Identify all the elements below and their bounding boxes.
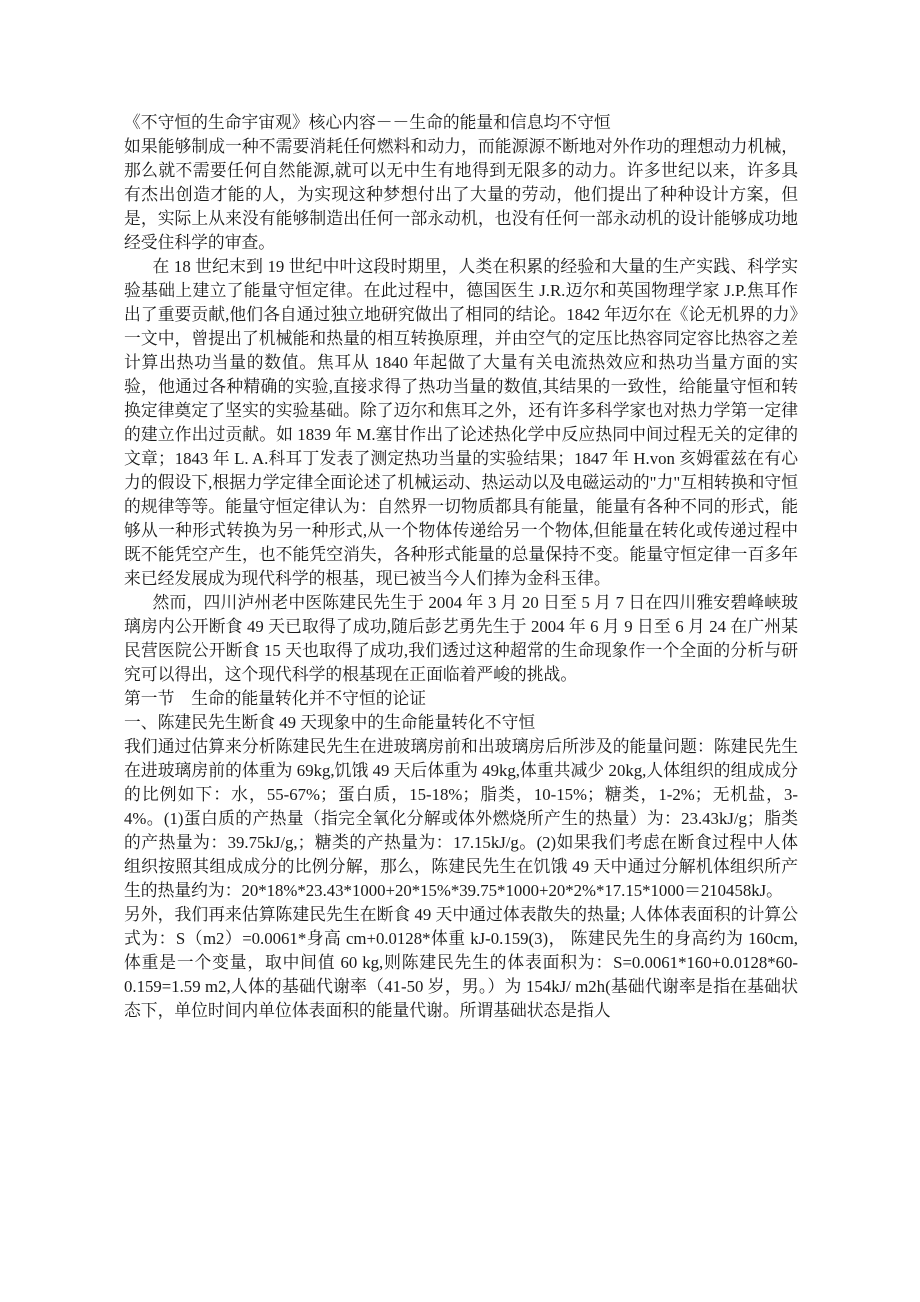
document-title: 《不守恒的生命宇宙观》核心内容－－生命的能量和信息均不守恒: [124, 111, 798, 135]
paragraph-surface-heat-loss: 另外，我们再来估算陈建民先生在断食 49 天中通过体表散失的热量; 人体体表面积…: [124, 903, 798, 1023]
paragraph-energy-conservation-history: 在 18 世纪末到 19 世纪中叶这段时期里，人类在积累的经验和大量的生产实践、…: [124, 255, 798, 591]
subsection-heading: 一、陈建民先生断食 49 天现象中的生命能量转化不守恒: [124, 711, 798, 735]
paragraph-energy-estimate: 我们通过估算来分析陈建民先生在进玻璃房前和出玻璃房后所涉及的能量问题：陈建民先生…: [124, 735, 798, 903]
paragraph-fasting-challenge: 然而，四川泸州老中医陈建民先生于 2004 年 3 月 20 日至 5 月 7 …: [124, 591, 798, 687]
paragraph-perpetual-motion: 如果能够制成一种不需要消耗任何燃料和动力，而能源源不断地对外作功的理想动力机械，…: [124, 135, 798, 255]
document-body: 《不守恒的生命宇宙观》核心内容－－生命的能量和信息均不守恒 如果能够制成一种不需…: [124, 111, 798, 1023]
section-heading: 第一节 生命的能量转化并不守恒的论证: [124, 687, 798, 711]
